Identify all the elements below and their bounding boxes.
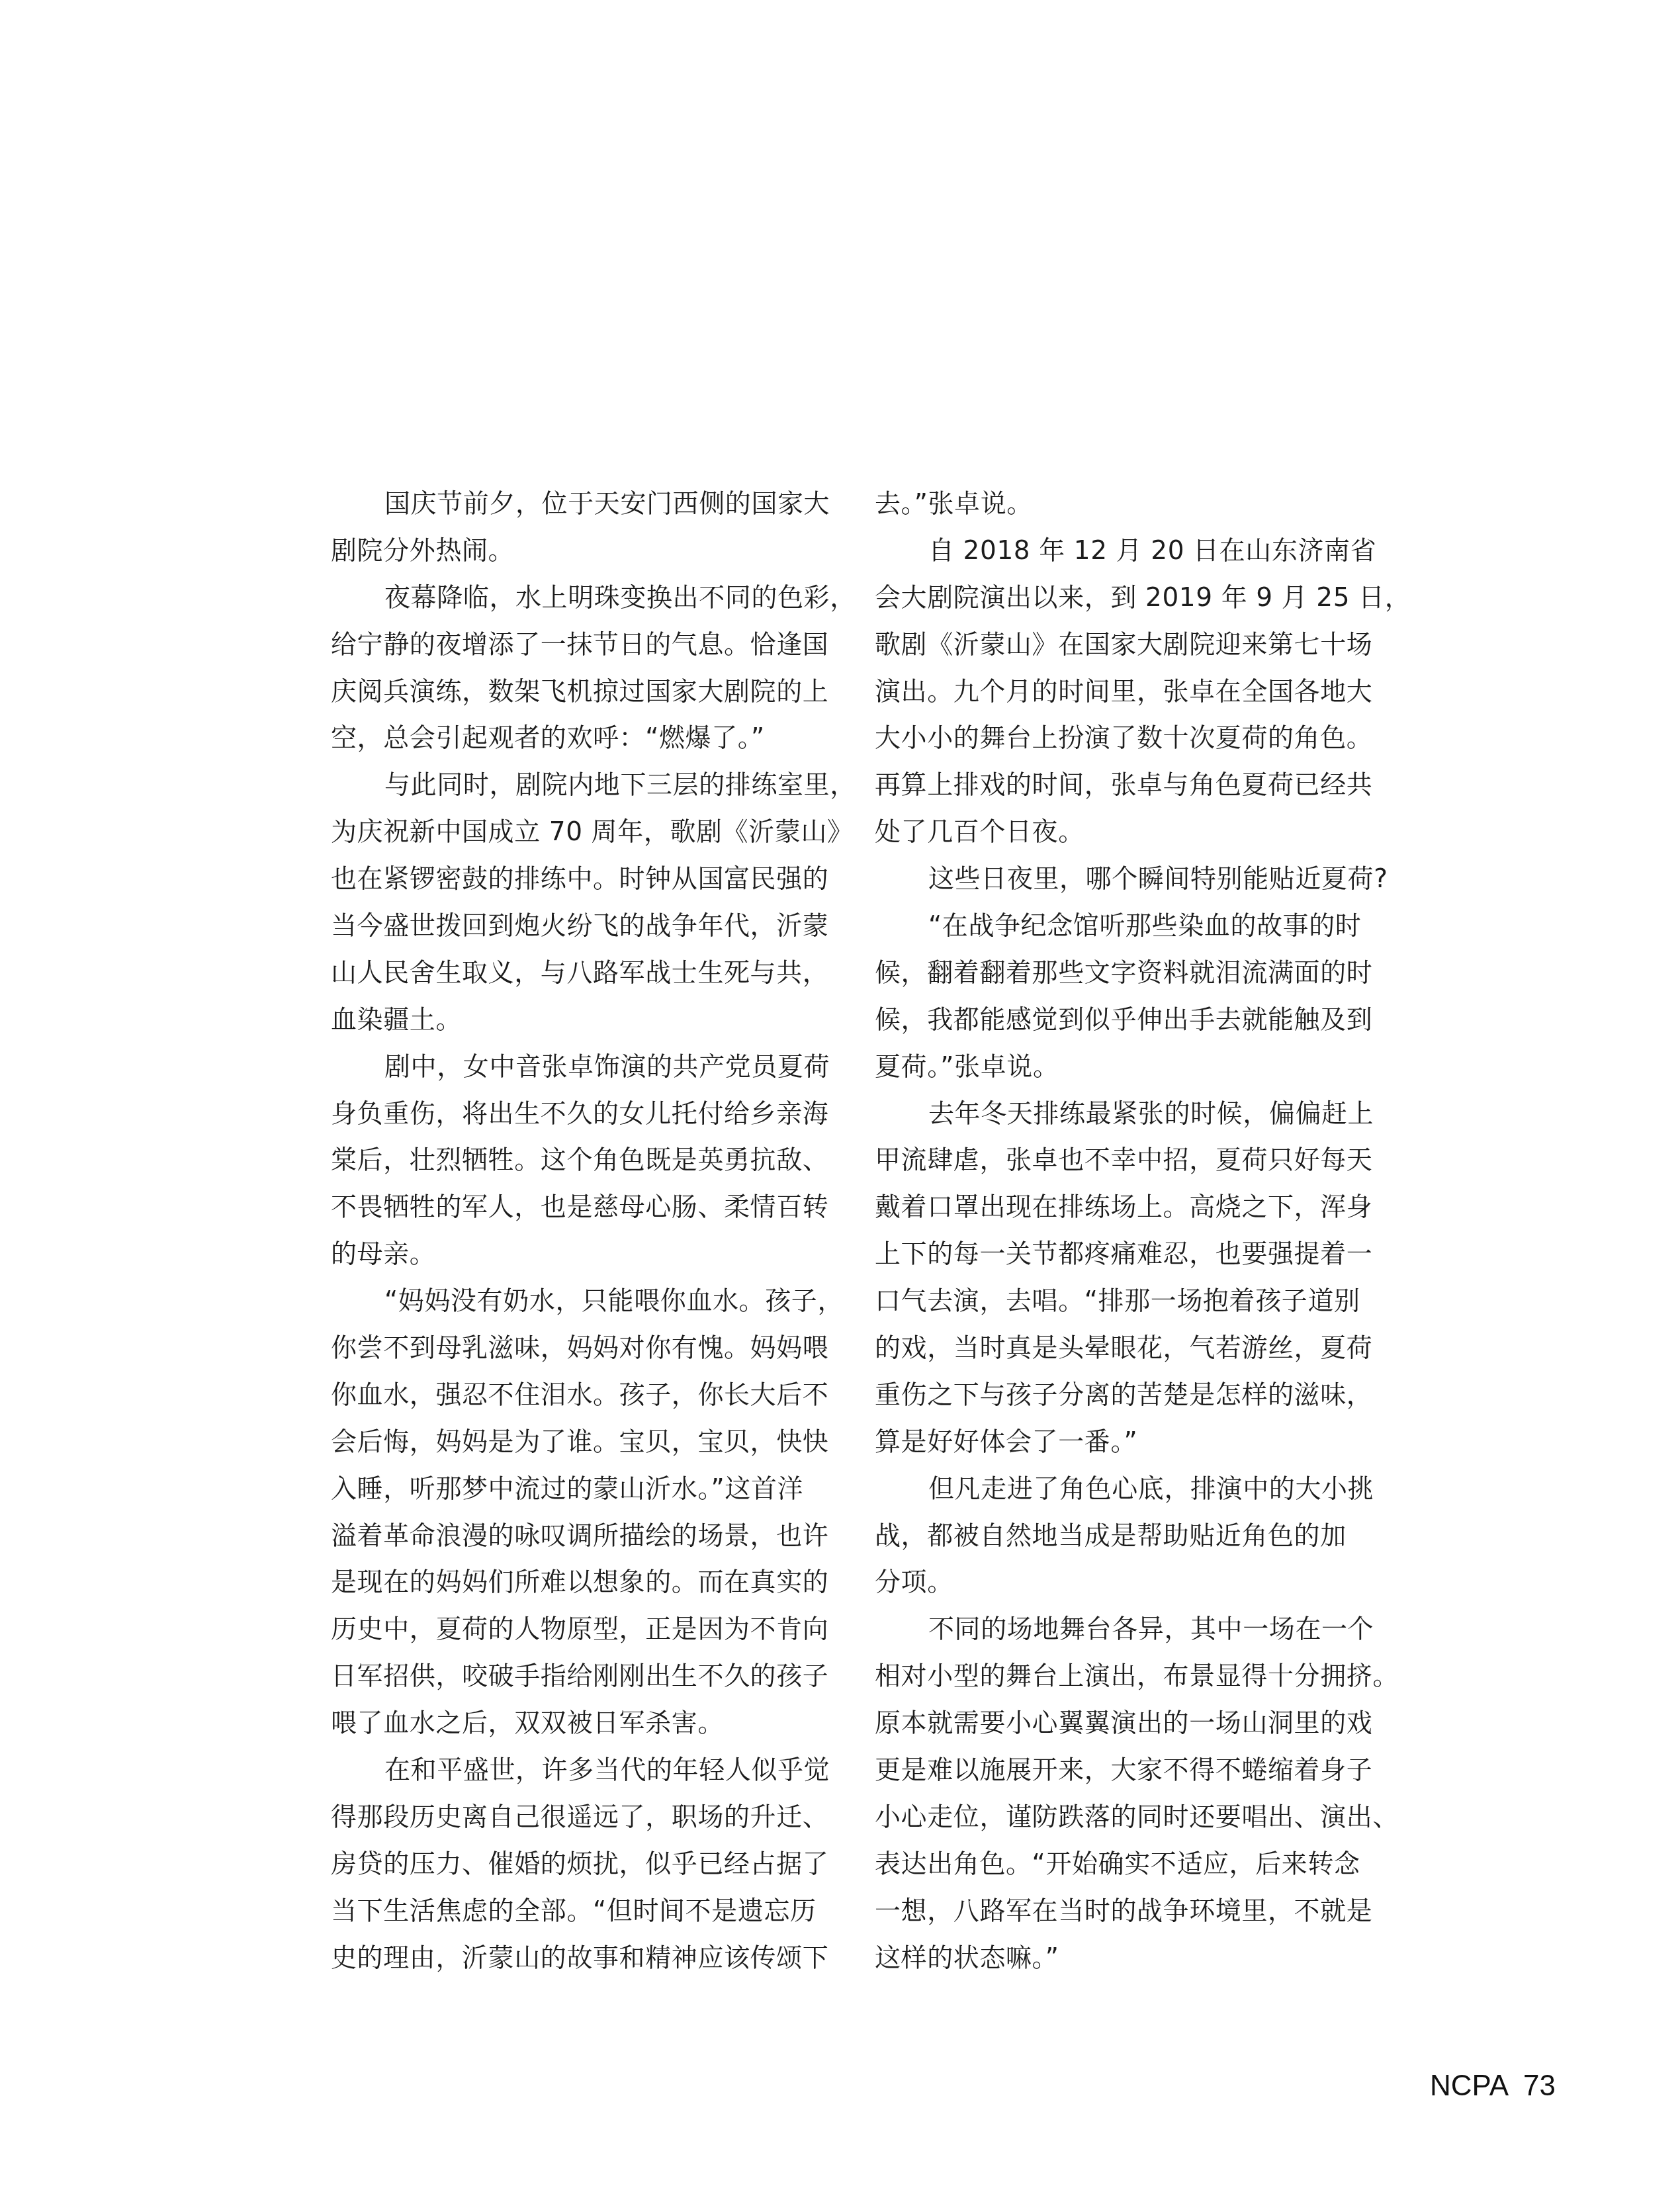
text-line: 为庆祝新中国成立 70 周年，歌剧《沂蒙山》 [331, 809, 840, 856]
text-line: 上下的每一关节都疼痛难忍，也要强提着一 [875, 1231, 1384, 1278]
text-line: 与此同时，剧院内地下三层的排练室里， [331, 762, 840, 809]
text-line: 在和平盛世，许多当代的年轻人似乎觉 [331, 1747, 840, 1794]
text-line: 处了几百个日夜。 [875, 809, 1384, 856]
text-line: 战，都被自然地当成是帮助贴近角色的加 [875, 1513, 1384, 1560]
text-line: 的戏，当时真是头晕眼花，气若游丝，夏荷 [875, 1325, 1384, 1372]
text-line: 这些日夜里，哪个瞬间特别能贴近夏荷? [875, 856, 1384, 903]
text-line: 大小小的舞台上扮演了数十次夏荷的角色。 [875, 715, 1384, 762]
text-line: 相对小型的舞台上演出，布景显得十分拥挤。 [875, 1653, 1384, 1700]
text-line: 歌剧《沂蒙山》在国家大剧院迎来第七十场 [875, 622, 1384, 669]
text-line: 自 2018 年 12 月 20 日在山东济南省 [875, 528, 1384, 575]
text-line: 国庆节前夕，位于天安门西侧的国家大 [331, 481, 840, 528]
text-line: 会大剧院演出以来，到 2019 年 9 月 25 日， [875, 575, 1384, 622]
text-line: 史的理由，沂蒙山的故事和精神应该传颂下 [331, 1935, 840, 1982]
text-line: 庆阅兵演练，数架飞机掠过国家大剧院的上 [331, 669, 840, 716]
text-line: 不畏牺牲的军人，也是慈母心肠、柔情百转 [331, 1184, 840, 1231]
text-line: 候，我都能感觉到似乎伸出手去就能触及到 [875, 997, 1384, 1044]
text-line: 剧中，女中音张卓饰演的共产党员夏荷 [331, 1044, 840, 1091]
text-line: 空，总会引起观者的欢呼：“燃爆了。” [331, 715, 840, 762]
text-line: 小心走位，谨防跌落的同时还要唱出、演出、 [875, 1794, 1384, 1841]
text-line: 溢着革命浪漫的咏叹调所描绘的场景，也许 [331, 1513, 840, 1560]
text-line: 入睡，听那梦中流过的蒙山沂水。”这首洋 [331, 1466, 840, 1513]
text-line: 不同的场地舞台各异，其中一场在一个 [875, 1606, 1384, 1653]
text-line: 口气去演，去唱。“排那一场抱着孩子道别 [875, 1278, 1384, 1325]
text-line: 你血水，强忍不住泪水。孩子，你长大后不 [331, 1372, 840, 1419]
text-line: 喂了血水之后，双双被日军杀害。 [331, 1700, 840, 1747]
text-line: 当下生活焦虑的全部。“但时间不是遗忘历 [331, 1888, 840, 1935]
text-line: 的母亲。 [331, 1231, 840, 1278]
text-line: “在战争纪念馆听那些染血的故事的时 [875, 903, 1384, 950]
text-line: 日军招供，咬破手指给刚刚出生不久的孩子 [331, 1653, 840, 1700]
text-line: 这样的状态嘛。” [875, 1935, 1384, 1982]
magazine-page: 国庆节前夕，位于天安门西侧的国家大 剧院分外热闹。 夜幕降临，水上明珠变换出不同… [0, 0, 1680, 2188]
text-line: 是现在的妈妈们所难以想象的。而在真实的 [331, 1559, 840, 1606]
text-line: 也在紧锣密鼓的排练中。时钟从国富民强的 [331, 856, 840, 903]
text-line: 夏荷。”张卓说。 [875, 1044, 1384, 1091]
text-line: 血染疆土。 [331, 997, 840, 1044]
text-line: 去。”张卓说。 [875, 481, 1384, 528]
text-line: 夜幕降临，水上明珠变换出不同的色彩， [331, 575, 840, 622]
page-number: 73 [1523, 2070, 1556, 2102]
text-line: 一想，八路军在当时的战争环境里，不就是 [875, 1888, 1384, 1935]
text-line: 给宁静的夜增添了一抹节日的气息。恰逢国 [331, 622, 840, 669]
text-line: 山人民舍生取义，与八路军战士生死与共， [331, 950, 840, 997]
text-line: 身负重伤，将出生不久的女儿托付给乡亲海 [331, 1091, 840, 1138]
text-line: 房贷的压力、催婚的烦扰，似乎已经占据了 [331, 1841, 840, 1888]
page-footer: NCPA73 [1430, 2070, 1556, 2103]
text-line: 去年冬天排练最紧张的时候，偏偏赶上 [875, 1091, 1384, 1138]
text-line: 再算上排戏的时间，张卓与角色夏荷已经共 [875, 762, 1384, 809]
text-line: 演出。九个月的时间里，张卓在全国各地大 [875, 669, 1384, 716]
text-line: 棠后，壮烈牺牲。这个角色既是英勇抗敌、 [331, 1137, 840, 1184]
text-line: 重伤之下与孩子分离的苦楚是怎样的滋味， [875, 1372, 1384, 1419]
text-line: 你尝不到母乳滋味，妈妈对你有愧。妈妈喂 [331, 1325, 840, 1372]
text-line: 甲流肆虐，张卓也不幸中招，夏荷只好每天 [875, 1137, 1384, 1184]
text-line: 但凡走进了角色心底，排演中的大小挑 [875, 1466, 1384, 1513]
text-line: 戴着口罩出现在排练场上。高烧之下，浑身 [875, 1184, 1384, 1231]
text-line: 剧院分外热闹。 [331, 528, 840, 575]
text-line: “妈妈没有奶水，只能喂你血水。孩子， [331, 1278, 840, 1325]
article-column-left: 国庆节前夕，位于天安门西侧的国家大 剧院分外热闹。 夜幕降临，水上明珠变换出不同… [331, 481, 840, 1982]
text-line: 当今盛世拨回到炮火纷飞的战争年代，沂蒙 [331, 903, 840, 950]
publication-name: NCPA [1430, 2070, 1509, 2102]
text-line: 更是难以施展开来，大家不得不蜷缩着身子 [875, 1747, 1384, 1794]
article-column-right: 去。”张卓说。 自 2018 年 12 月 20 日在山东济南省 会大剧院演出以… [875, 481, 1384, 1982]
text-line: 分项。 [875, 1559, 1384, 1606]
text-line: 表达出角色。“开始确实不适应，后来转念 [875, 1841, 1384, 1888]
text-line: 得那段历史离自己很遥远了，职场的升迁、 [331, 1794, 840, 1841]
text-line: 算是好好体会了一番。” [875, 1419, 1384, 1466]
text-line: 候，翻着翻着那些文字资料就泪流满面的时 [875, 950, 1384, 997]
text-line: 会后悔，妈妈是为了谁。宝贝，宝贝，快快 [331, 1419, 840, 1466]
text-line: 原本就需要小心翼翼演出的一场山洞里的戏 [875, 1700, 1384, 1747]
text-line: 历史中，夏荷的人物原型，正是因为不肯向 [331, 1606, 840, 1653]
